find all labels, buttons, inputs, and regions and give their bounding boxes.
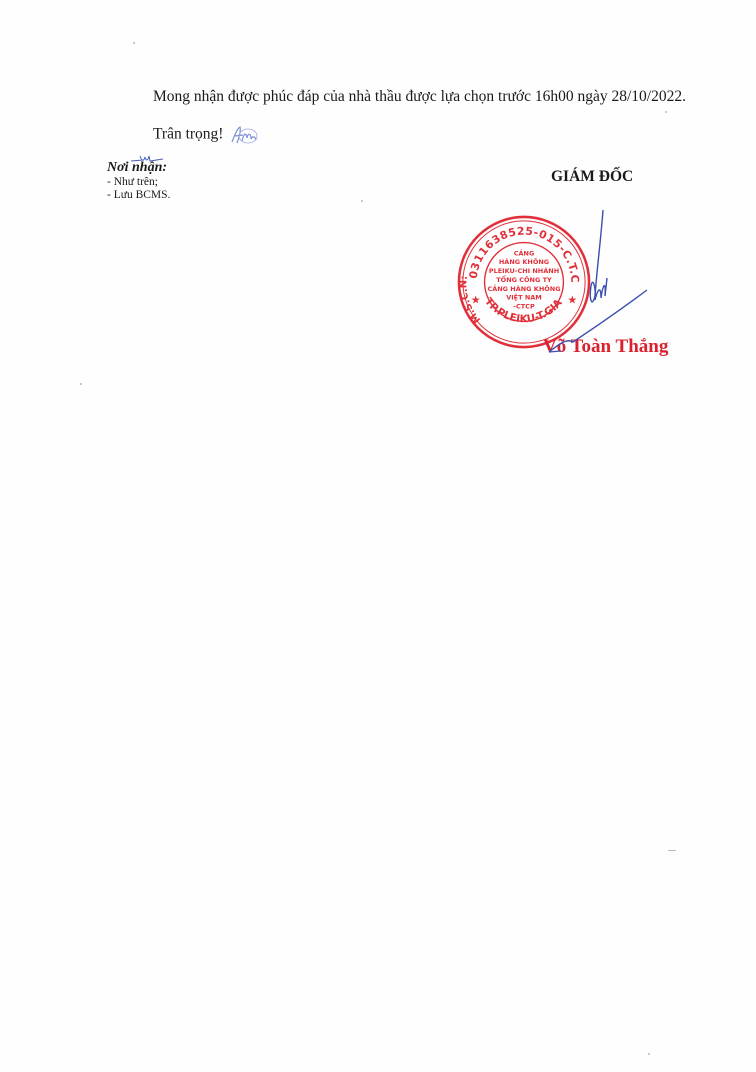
- svg-text:-CTCP: -CTCP: [513, 303, 535, 311]
- svg-text:★: ★: [471, 295, 481, 307]
- handwritten-initials-icon: [229, 124, 259, 146]
- svg-text:CẢNG: CẢNG: [514, 247, 535, 257]
- svg-text:PLEIKU-CHI NHÁNH: PLEIKU-CHI NHÁNH: [489, 266, 559, 275]
- closing-text: Trân trọng!: [153, 126, 223, 143]
- handwritten-mark-icon: [129, 152, 165, 166]
- document-page: Mong nhận được phúc đáp của nhà thầu đượ…: [0, 0, 756, 1072]
- signature-block: GIÁM ĐỐC 0311638525-015-C.T.C.P M.S.C.N:…: [455, 168, 695, 368]
- closing-line: Trân trọng!: [153, 124, 259, 146]
- recipients-section: Nơi nhận: - Như trên; - Lưu BCMS.: [107, 161, 170, 203]
- svg-text:VIỆT NAM: VIỆT NAM: [506, 293, 542, 302]
- signer-name: Võ Toàn Thắng: [543, 336, 668, 358]
- recipient-item: - Lưu BCMS.: [107, 189, 170, 203]
- svg-text:TỔNG CÔNG TY: TỔNG CÔNG TY: [496, 274, 552, 284]
- company-stamp-icon: 0311638525-015-C.T.C.P M.S.C.N: TP.PLEIK…: [455, 213, 593, 351]
- svg-text:CẢNG HÀNG KHÔNG: CẢNG HÀNG KHÔNG: [487, 283, 560, 293]
- position-title: GIÁM ĐỐC: [551, 168, 633, 186]
- svg-text:HÀNG KHÔNG: HÀNG KHÔNG: [499, 257, 549, 266]
- body-paragraph-text: Mong nhận được phúc đáp của nhà thầu đượ…: [153, 88, 686, 105]
- svg-text:★: ★: [567, 295, 577, 307]
- body-paragraph: Mong nhận được phúc đáp của nhà thầu đượ…: [107, 86, 719, 108]
- recipient-item: - Như trên;: [107, 176, 170, 190]
